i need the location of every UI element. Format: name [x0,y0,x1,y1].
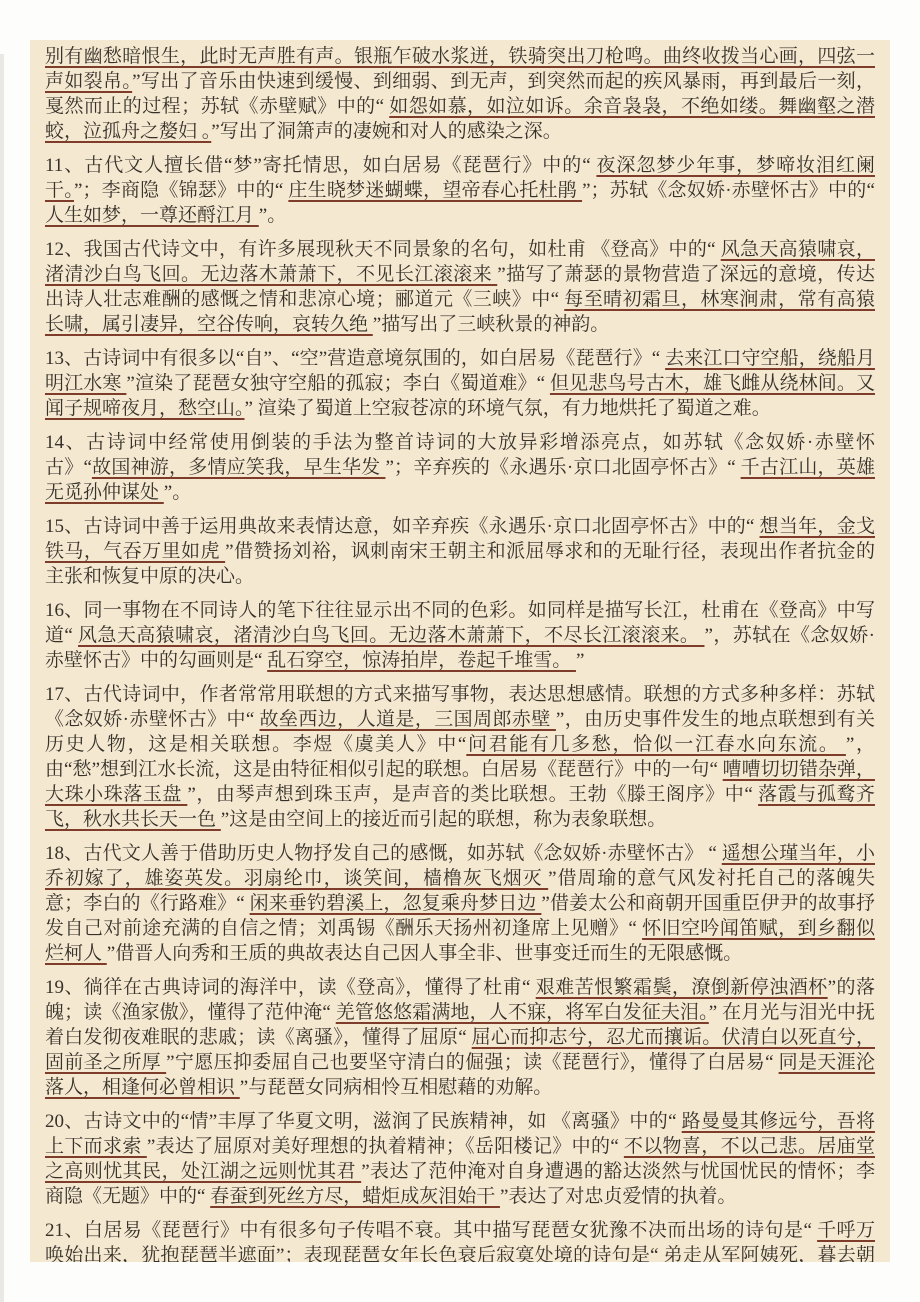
paragraph-16: 16、同一事物在不同诗人的笔下往往显示出不同的色彩。如同样是描写长江，杜甫在《登… [45,598,875,673]
text-run: ” 渲染了蜀道上空寂苍凉的环境气氛，有力地烘托了蜀道之难。 [245,398,771,419]
paragraph-10-continuation: 别有幽愁暗恨生，此时无声胜有声。银瓶乍破水浆迸，铁骑突出刀枪鸣。曲终收拨当心画，… [45,44,875,144]
document-page: 别有幽愁暗恨生，此时无声胜有声。银瓶乍破水浆迸，铁骑突出刀枪鸣。曲终收拨当心画，… [0,0,920,1302]
paragraph-18: 18、古代文人善于借助历史人物抒发自己的感慨，如苏轼《念奴娇·赤壁怀古》 “ 遥… [45,841,875,966]
quoted-verse: 羌管悠悠霜满地，人不寐，将军白发征夫泪。 [336,1002,709,1023]
text-run: ”。 [164,482,191,503]
paragraph-13: 13、古诗词中有很多以“自”、“空”营造意境氛围的，如白居易《琵琶行》“ 去来江… [45,346,875,421]
text-run: ”；辛弃疾的《永遇乐·京口北固亭怀古》“ [385,457,740,478]
text-run: ”，由琴声想到珠玉声，是声音的类比联想。王勃《滕王阁序》中“ [187,784,758,805]
page-edge-divider [0,54,4,1302]
quoted-verse: 庄生晓梦迷蝴蝶，望帝春心托杜鹃 [288,180,582,201]
text-run: ”；表现琵琶女年长色衰后寂寞处境的诗句是“ [276,1245,664,1262]
text-run: ”；苏轼《念奴娇·赤壁怀古》中的“ [582,180,875,201]
text-run: ”。 [259,205,286,226]
paragraph-15: 15、古诗词中善于运用典故来表情达意，如辛弃疾《永遇乐·京口北固亭怀古》中的“ … [45,514,875,589]
paragraph-20: 20、古诗文中的“情”丰厚了华夏文明，滋润了民族精神，如 《离骚》中的“ 路曼曼… [45,1109,875,1209]
text-run: 12、我国古代诗文中，有许多展现秋天不同景象的名句，如杜甫 《登高》中的“ [45,239,721,260]
text-run: ”宁愿压抑委屈自己也要坚守清白的倔强；读《琵琶行》，懂得了白居易“ [166,1052,778,1073]
text-run: ”描写出了三峡秋景的神韵。 [373,314,609,335]
quoted-verse: 人生如梦，一尊还酹江月 [45,205,259,226]
text-run: 19、徜徉在古典诗词的海洋中，读《登高》，懂得了杜甫“ [45,977,536,998]
text-run: 11、古代文人擅长借“梦”寄托情思，如白居易《琵琶行》中的“ [45,155,596,176]
paragraph-14: 14、古诗词中经常使用倒装的手法为整首诗词的大放异彩增添亮点，如苏轼《念奴娇·赤… [45,430,875,505]
quoted-verse: 艰难苦恨繁霜鬓，潦倒新停浊酒杯 [536,977,828,998]
document-content: 别有幽愁暗恨生，此时无声胜有声。银瓶乍破水浆迸，铁骑突出刀枪鸣。曲终收拨当心画，… [30,40,890,1262]
text-run: ”渲染了琵琶女独守空船的孤寂；李白《蜀道难》“ [126,373,550,394]
text-run: ”写出了洞箫声的凄婉和对人的感染之深。 [211,121,561,142]
quoted-verse: 风急天高猿啸哀，渚清沙白鸟飞回。无边落木萧萧下，不尽长江滚滚来。 [78,625,704,646]
text-run: ”与琵琶女同病相怜互相慰藉的劝解。 [240,1077,552,1098]
quoted-verse: 问君能有几多愁，恰似一江春水向东流。 [466,734,846,755]
paragraph-17: 17、古代诗词中，作者常常用联想的方式来描写事物，表达思想感情。联想的方式多种多… [45,682,875,832]
text-run: ”借晋人向秀和王质的典故表达自己因人事全非、世事变迁而生的无限感慨。 [107,943,742,964]
quoted-verse: 春蚕到死丝方尽，蜡炬成灰泪始干 [210,1186,500,1207]
quoted-verse: 故国神游，多情应笑我，早生华发 [92,457,386,478]
text-run: 20、古诗文中的“情”丰厚了华夏文明，滋润了民族精神，如 《离骚》中的“ [45,1111,682,1132]
text-run: ”；李商隐《锦瑟》中的“ [74,180,288,201]
paragraph-21: 21、白居易《琵琶行》中有很多句子传唱不衰。其中描写琵琶女犹豫不决而出场的诗句是… [45,1218,875,1262]
text-run: ”表达了屈原对美好理想的执着精神；《岳阳楼记》中的“ [147,1136,624,1157]
quoted-verse: 闲来垂钓碧溪上，忽复乘舟梦日边 [250,893,542,914]
text-run: 15、古诗词中善于运用典故来表情达意，如辛弃疾《永遇乐·京口北固亭怀古》中的“ [45,516,760,537]
paragraph-11: 11、古代文人擅长借“梦”寄托情思，如白居易《琵琶行》中的“ 夜深忽梦少年事，梦… [45,153,875,228]
paragraph-19: 19、徜徉在古典诗词的海洋中，读《登高》，懂得了杜甫“ 艰难苦恨繁霜鬓，潦倒新停… [45,975,875,1100]
text-run: 18、古代文人善于借助历史人物抒发自己的感慨，如苏轼《念奴娇·赤壁怀古》 “ [45,843,722,864]
text-run: 13、古诗词中有很多以“自”、“空”营造意境氛围的，如白居易《琵琶行》“ [45,348,665,369]
text-run: ” [576,650,584,671]
quoted-verse: 乱石穿空，惊涛拍岸，卷起千堆雪。 [267,650,576,671]
text-run: 21、白居易《琵琶行》中有很多句子传唱不衰。其中描写琵琶女犹豫不决而出场的诗句是… [45,1220,817,1241]
text-run: ”这是由空间上的接近而引起的联想，称为表象联想。 [221,809,666,830]
text-run: ”表达了对忠贞爱情的执着。 [500,1186,736,1207]
quoted-verse: 故垒西边，人道是，三国周郎赤壁 [260,709,556,730]
paragraph-12: 12、我国古代诗文中，有许多展现秋天不同景象的名句，如杜甫 《登高》中的“ 风急… [45,237,875,337]
